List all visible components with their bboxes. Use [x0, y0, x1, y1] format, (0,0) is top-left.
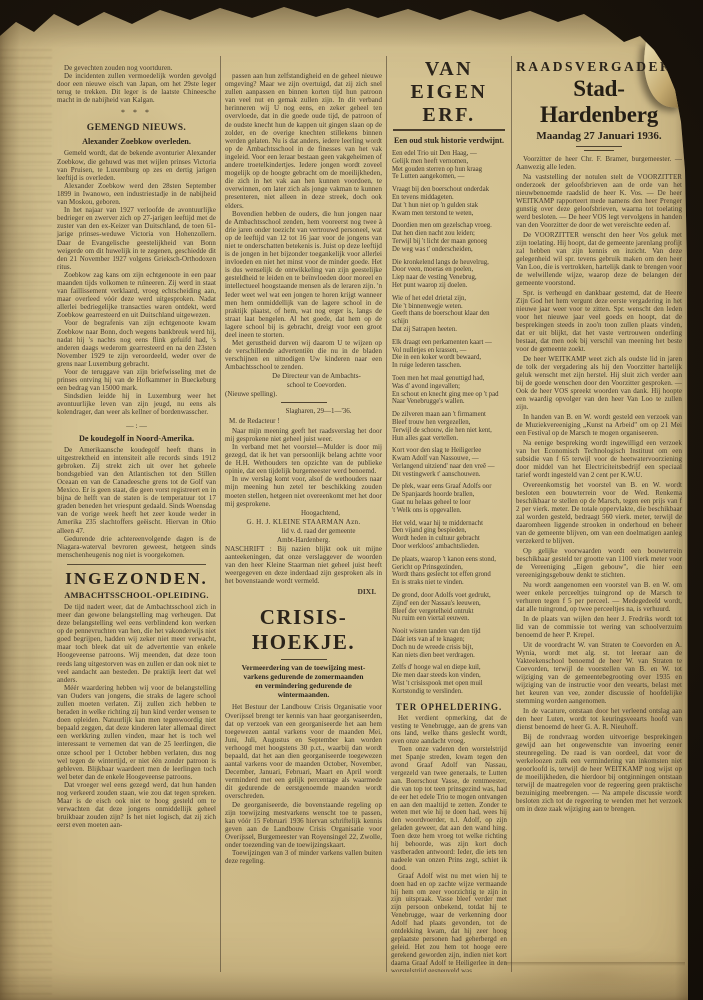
paragraph: Na eenige bespreking wordt ingewilligd e…	[516, 439, 682, 479]
paragraph: In handen van B. en W. wordt gesteld een…	[516, 413, 682, 437]
paragraph: Zoebkow zag kans om zijn echtgenoote in …	[57, 271, 216, 320]
poem-stanza: Vraagt bij den boerschout onderdak En te…	[392, 186, 507, 217]
short-rule	[281, 402, 327, 403]
paragraph: De georganiseerde, die bovenstaande rege…	[225, 801, 382, 850]
poem-stanza: Kort voor den slag te Heiligerlee Kwam A…	[392, 447, 507, 478]
article-ambachtsschool: De tijd nadert weer, dat de Ambachtsscho…	[57, 603, 216, 830]
paragraph: Sindsdien leidde hij in Luxemburg weer h…	[57, 392, 216, 416]
poem-stanza: De plek, waar eens Graaf Adolfs oor De S…	[392, 483, 507, 514]
poem-stanza: De plaats, waarop 't kanon eens stond, G…	[392, 556, 507, 587]
newspaper-page: De gevechten zouden nog voortduren.De in…	[0, 0, 703, 1000]
poem-stanza: Een edel Trio uit Den Haag, — Gelijk men…	[392, 150, 507, 181]
poem-stanza: De grond, door Adolfs voet gedrukt, Zijn…	[392, 592, 507, 623]
letter-body: Naar mijn meening geeft het raadsverslag…	[225, 427, 382, 508]
horizontal-rule	[67, 564, 206, 565]
signature-directeur: De Directeur van de Ambachts- school te …	[225, 372, 382, 388]
short-rule	[576, 146, 622, 147]
paragraph: Het Bestuur der Landbouw Crisis Organisa…	[225, 703, 382, 800]
crisis-subtitle: Vermeerdering van de toewijzing mest- va…	[225, 663, 382, 699]
lead-paragraphs: De gevechten zouden nog voortduren.De in…	[57, 64, 216, 104]
council-report-body: Voorzitter de heer Chr. F. Bramer, burge…	[516, 155, 682, 813]
poem: Een edel Trio uit Den Haag, — Gelijk men…	[391, 150, 507, 696]
paragraph: In verband met het voorstel—Mulder is do…	[225, 443, 382, 475]
paragraph: passen aan hun zelfstandigheid en de geh…	[225, 72, 382, 210]
paragraph: Voor de begrafenis van zijn echtgenoote …	[57, 319, 216, 368]
poem-stanza: Doordien men om gezelschap vroeg. Dat he…	[392, 222, 507, 253]
newspaper-photo: { "page": { "paper_color": "#d3c190", "i…	[0, 0, 703, 1000]
spelling-note: (Nieuwe spelling).	[225, 390, 382, 398]
article-title-koudegolf: De koudegolf in Noord-Amerika.	[57, 434, 216, 443]
paragraph: Méér waardering hebben wij voor de belan…	[57, 684, 216, 781]
section-title-van-eigen-erf: VAN EIGEN ERF.	[391, 58, 507, 127]
title-rule	[393, 129, 505, 131]
poem-stanza: Nooit wisten tanden van den tijd Dáár ie…	[392, 628, 507, 659]
stars-separator: * * *	[57, 108, 216, 117]
article-koudegolf: De Amerikaansche koudegolf heeft thans i…	[57, 446, 216, 559]
paragraph: Bij de rondvraag worden uitvoerige bespr…	[516, 733, 682, 813]
paragraph: Bovendien hebben de ouders, die hun jong…	[225, 210, 382, 340]
paragraph: De VOORZITTER wenscht den heer Vos geluk…	[516, 231, 682, 287]
poem-stanza: Toen men het maal genuttigd had, Was d' …	[392, 375, 507, 406]
paragraph: Naar mijn meening geeft het raadsverslag…	[225, 427, 382, 443]
paragraph: Uit de voordracht W. van Straten te Coev…	[516, 641, 682, 705]
poem-stanza: Zelfs d' hooge wal en diepe kuil, Die me…	[392, 664, 507, 695]
article-title-zoebkow: Alexander Zoebkow overleden.	[57, 137, 216, 146]
paragraph: In uw verslag komt voor, alsof de wethou…	[225, 475, 382, 507]
paragraph: Toewijzingen van 3 of minder varkens val…	[225, 849, 382, 865]
paragraph: De incidenten zullen vermoedelijk worden…	[57, 72, 216, 104]
paragraph: In de plaats van wijlen den heer J. Fred…	[516, 615, 682, 639]
paragraph: Graaf Adolf wist nu met wien hij te doen…	[391, 873, 507, 972]
paragraph: De heer WEITKAMP weet zich als oudste li…	[516, 355, 682, 411]
poem-stanza: De zilveren maan aan 't firmament Bleef …	[392, 411, 507, 442]
paragraph: Voor de teruggave van zijn briefwisselin…	[57, 368, 216, 392]
paragraph: Dat vroeger wel eens gezegd werd, dat hu…	[57, 781, 216, 830]
naschrift-paragraph: NASCHRIFT : Bij nazien blijkt ook uit mi…	[225, 545, 382, 585]
article-zoebkow: Gemeld wordt, dat de bekende avonturier …	[57, 149, 216, 416]
paragraph: Nu wordt aangenomen een voorstel van B. …	[516, 581, 682, 613]
column-2: passen aan hun zelfstandigheid en de geh…	[220, 56, 386, 972]
short-rule	[281, 659, 327, 660]
letter-closing: Hoogachtend,	[225, 509, 382, 517]
crisis-body: Het Bestuur der Landbouw Crisis Organisa…	[225, 703, 382, 865]
poem-stanza: Elk draagt een perkamenten kaart — Vol n…	[392, 339, 507, 370]
letter-author-place: Ambt-Hardenberg.	[225, 536, 382, 544]
section-title-ter-opheldering: TER OPHELDERING.	[391, 702, 507, 712]
letter-author-role: lid v. d. raad der gemeente	[225, 527, 382, 535]
column-4: RAADSVERGADERING Stad-Hardenberg Maandag…	[511, 56, 686, 972]
short-rule-2	[584, 150, 614, 151]
column-layout: De gevechten zouden nog voortduren.De in…	[53, 56, 686, 972]
ink-bleedthrough-margin	[0, 46, 52, 1000]
column-1: De gevechten zouden nog voortduren.De in…	[53, 56, 220, 972]
letter-author-name: G. H. J. KLEINE STAARMAN Azn.	[225, 518, 382, 526]
section-title-crisis-hoekje: CRISIS-HOEKJE.	[225, 605, 382, 655]
paragraph: Na vaststelling der notulen stelt de VOO…	[516, 173, 682, 229]
paragraph: Spr. is verheugd en dankbaar gestemd, da…	[516, 289, 682, 353]
paragraph: De gevechten zouden nog voortduren.	[57, 64, 216, 72]
dash-divider: — : —	[57, 421, 216, 430]
poem-stanza: Die kronkelend langs de heuvelrug, Door …	[392, 259, 507, 290]
article-kicker-raadsvergadering: RAADSVERGADERING	[516, 59, 682, 75]
section-title-gemengd-nieuws: GEMENGD NIEUWS.	[57, 123, 216, 133]
article-ambachtsschool-continued: passen aan hun zelfstandigheid en de geh…	[225, 72, 382, 371]
paragraph: Op gelijke voorwaarden wordt een bouwter…	[516, 547, 682, 579]
editor-postscript: NASCHRIFT : Bij nazien blijkt ook uit mi…	[225, 545, 382, 585]
paragraph: Het verdient opmerking, dat de vesting t…	[391, 715, 507, 747]
section-title-ingezonden: INGEZONDEN.	[57, 569, 216, 589]
article-title-stad-hardenberg: Stad-Hardenberg	[516, 76, 682, 128]
poem-stanza: Het veld, waar hij te middernacht Den vi…	[392, 520, 507, 551]
paragraph: De Amerikaansche koudegolf heeft thans i…	[57, 446, 216, 535]
poem-stanza: Wie of het edel drietal zijn, Die 't bin…	[392, 295, 507, 334]
article-title-ambachtsschool: AMBACHTSSCHOOL-OPLEIDING.	[57, 591, 216, 600]
letter-salutation: M. de Redacteur !	[225, 417, 382, 425]
paragraph: Voorzitter de heer Chr. F. Bramer, burge…	[516, 155, 682, 171]
paragraph: Overeenkomstig het voorstel van B. en W.…	[516, 481, 682, 545]
paragraph: Gedurende drie achtereenvolgende dagen i…	[57, 535, 216, 559]
paragraph: Alexander Zoebkow werd den 28sten Septem…	[57, 182, 216, 206]
paragraph: De tijd nadert weer, dat de Ambachtsscho…	[57, 603, 216, 684]
column-3: VAN EIGEN ERF. Een oud stuk historie ver…	[386, 56, 511, 972]
editor-sign-off: DIXI.	[225, 587, 376, 596]
paragraph: Toen onze vaderen den worstelstrijd met …	[391, 746, 507, 873]
poem-subtitle: Een oud stuk historie verdwijnt.	[391, 136, 507, 145]
paragraph: In de vacature, ontstaan door het verlee…	[516, 707, 682, 731]
letter-dateline: Slagharen, 29—1—'36.	[225, 407, 382, 415]
paragraph: Met gerustheid durven wij daarom U te wi…	[225, 339, 382, 371]
opheldering-body: Het verdient opmerking, dat de vesting t…	[391, 715, 507, 972]
meeting-date: Maandag 27 Januari 1936.	[516, 130, 682, 142]
paragraph: In het najaar van 1927 verloofde de avon…	[57, 206, 216, 271]
paragraph: Gemeld wordt, dat de bekende avonturier …	[57, 149, 216, 181]
